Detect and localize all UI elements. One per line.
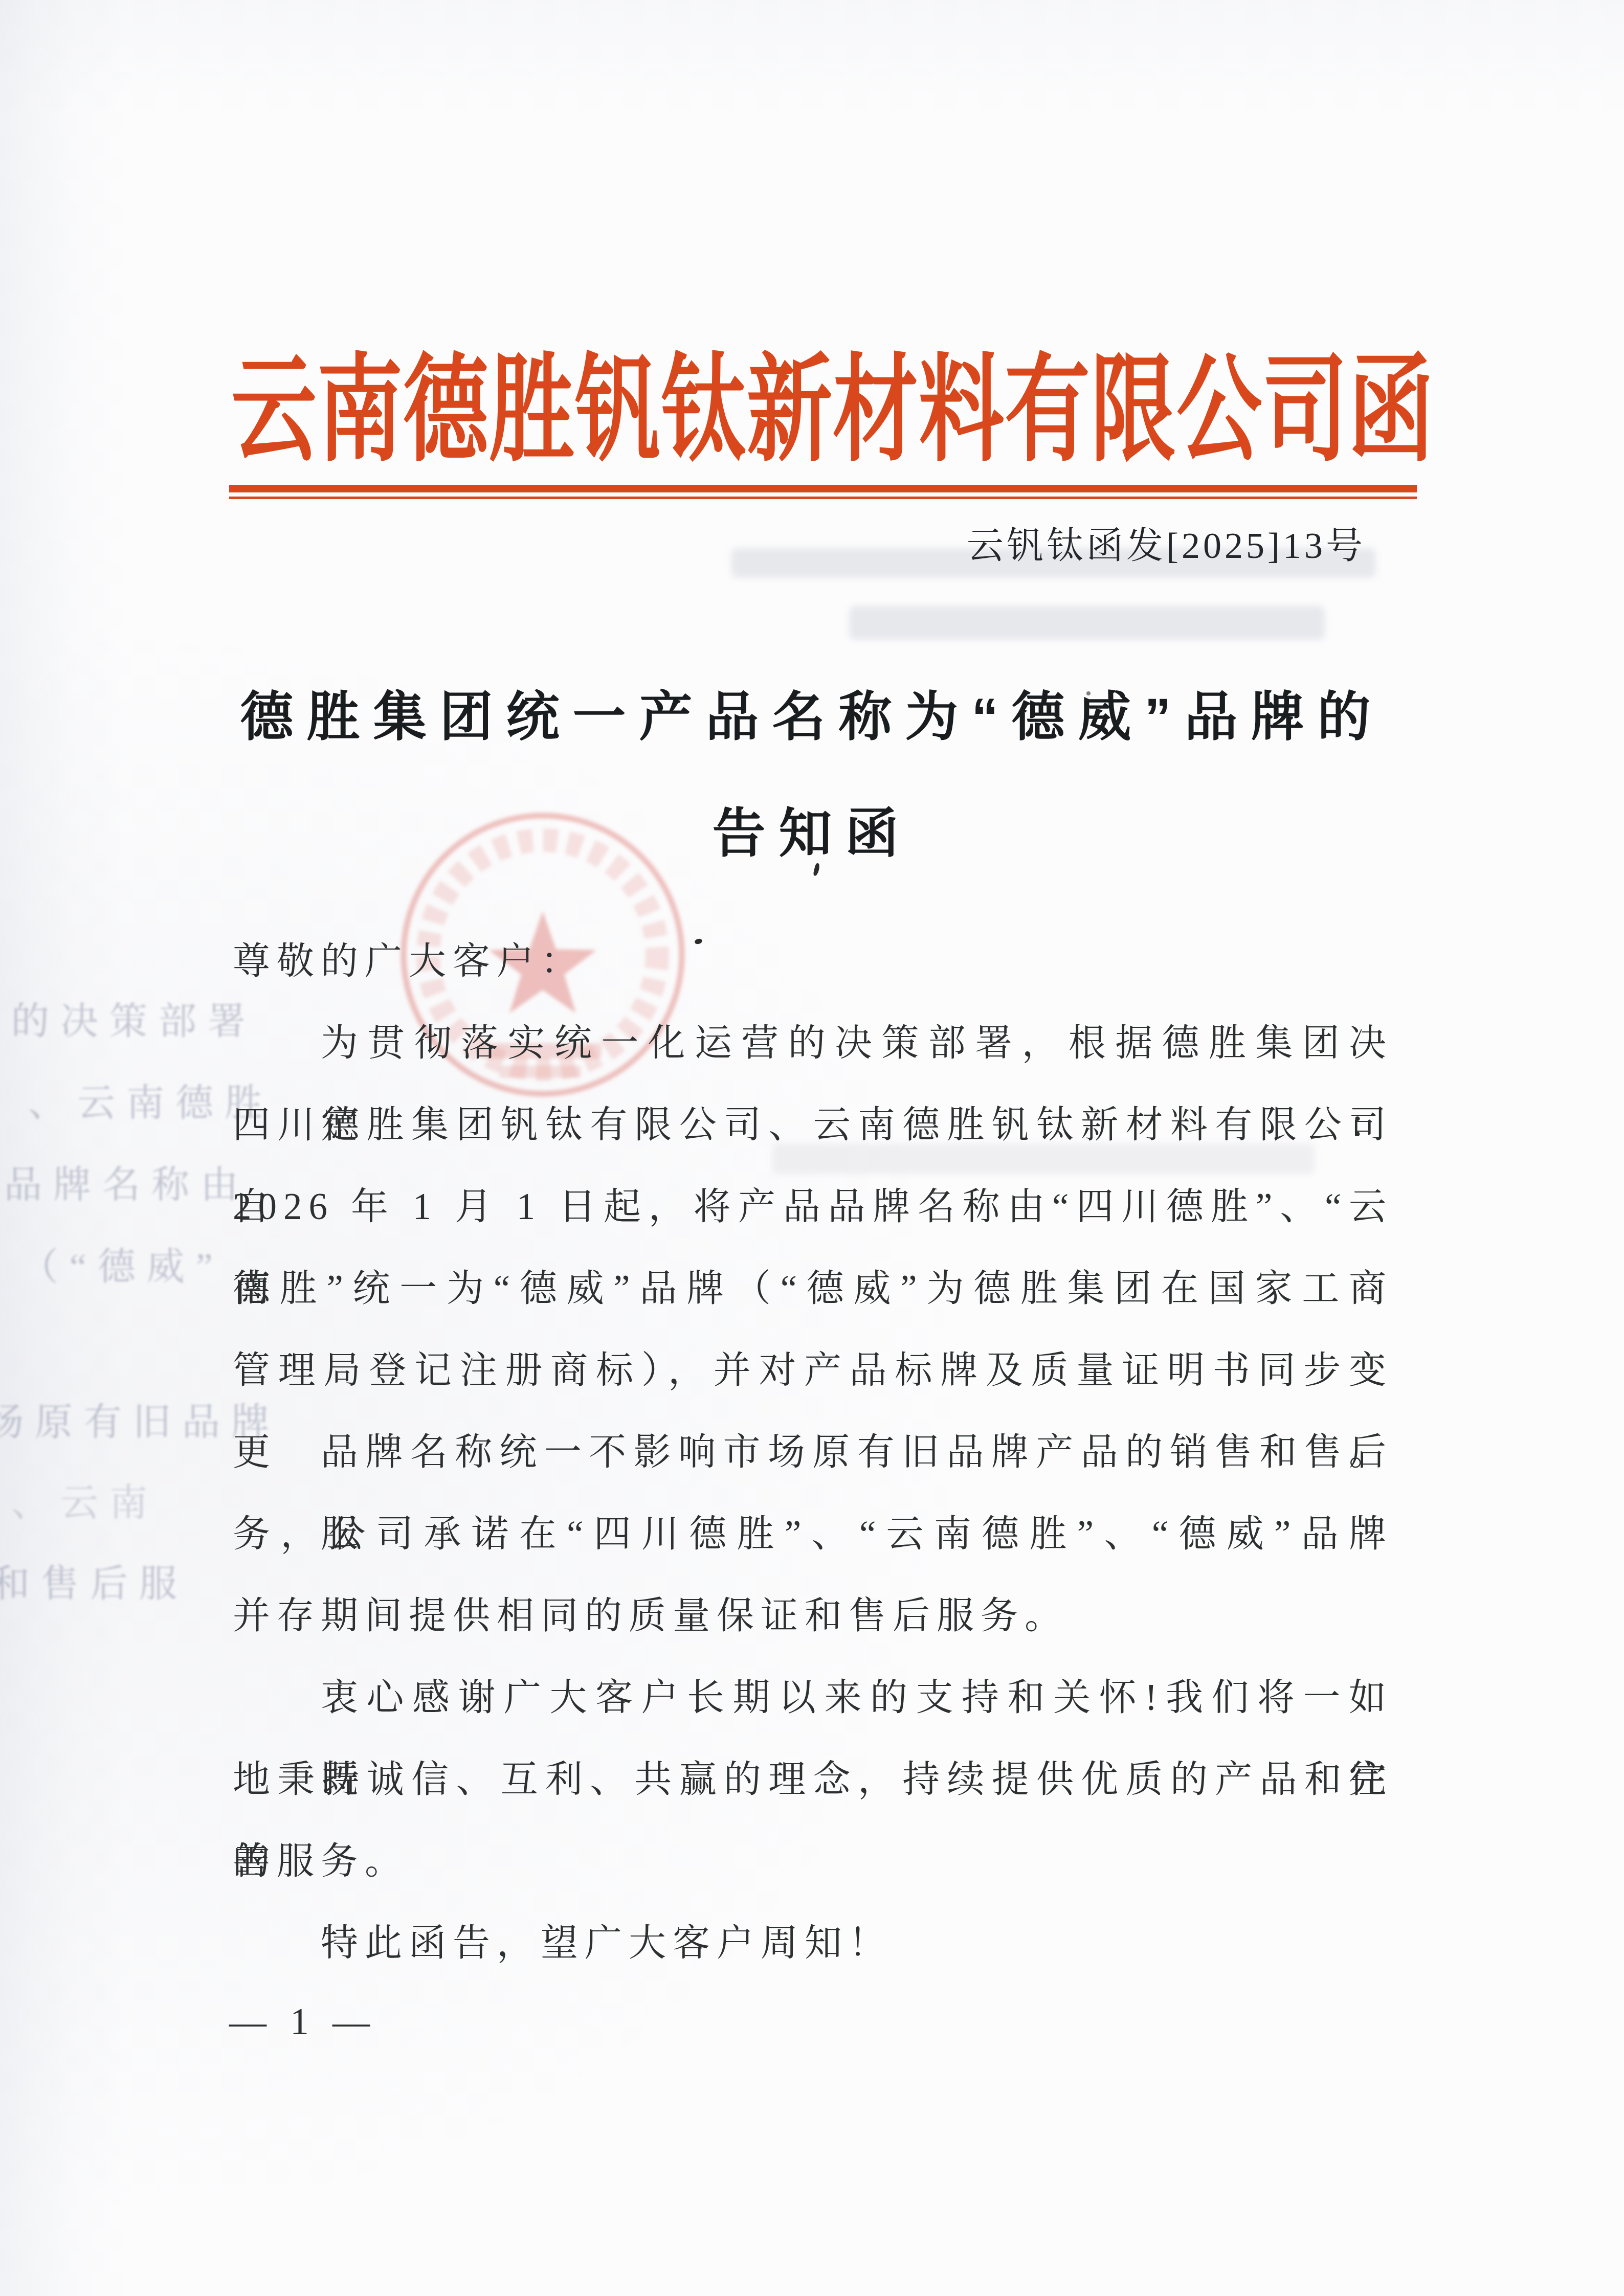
paragraph-line: 品牌名称统一不影响市场原有旧品牌产品的销售和售后服 — [233, 1411, 1393, 1493]
bleedthrough-smudge — [849, 606, 1325, 640]
bleedthrough-text: （“德威” — [20, 1236, 224, 1291]
paragraph-line: 务，公司承诺在“四川德胜”、“云南德胜”、“德威”品牌 — [233, 1493, 1393, 1575]
paragraph-line: 衷心感谢广大客户长期以来的支持和关怀!我们将一如既往 — [233, 1657, 1393, 1739]
bleedthrough-text: 、云南 — [11, 1473, 159, 1527]
scan-speck — [1086, 691, 1091, 695]
bleedthrough-text: 品牌名称由 — [4, 1155, 250, 1209]
bleedthrough-text: 和售后服 — [0, 1554, 188, 1608]
subject-heading-line1: 德胜集团统一产品名称为“德威”品牌的 — [0, 674, 1624, 751]
paragraph-line: 并存期间提供相同的质量保证和售后服务。 — [233, 1575, 1393, 1657]
letterhead-divider — [229, 485, 1417, 499]
letter-body: 尊敬的广大客户： 为贯彻落实统一化运营的决策部署，根据德胜集团决定： 四川德胜集… — [233, 920, 1393, 1984]
page-number: — 1 — — [229, 2000, 377, 2043]
paragraph-line: 的服务。 — [233, 1820, 1393, 1902]
paragraph-line: 四川德胜集团钒钛有限公司、云南德胜钒钛新材料有限公司自 — [233, 1084, 1393, 1166]
subject-heading-line2: 告知函 — [0, 791, 1624, 867]
paragraph-line: 为贯彻落实统一化运营的决策部署，根据德胜集团决定： — [233, 1002, 1393, 1084]
paragraph-line: 地秉持诚信、互利、共赢的理念，持续提供优质的产品和完善 — [233, 1739, 1393, 1820]
paragraph-line: 德胜”统一为“德威”品牌（“德威”为德胜集团在国家工商 — [233, 1248, 1393, 1330]
document-number: 云钒钛函发[2025]13号 — [967, 515, 1366, 569]
bleedthrough-text: 的决策部署 — [11, 991, 257, 1045]
paragraph-line: 特此函告，望广大客户周知！ — [233, 1902, 1393, 1984]
divider-thin-rule — [229, 497, 1417, 499]
letterhead-title: 云南德胜钒钛新材料有限公司函 — [231, 344, 1438, 479]
paragraph-line: 管理局登记注册商标），并对产品标牌及质量证明书同步变更。 — [233, 1330, 1393, 1411]
salutation: 尊敬的广大客户： — [233, 920, 1393, 1002]
subject-heading: 德胜集团统一产品名称为“德威”品牌的 告知函 — [0, 674, 1624, 867]
divider-thick-rule — [229, 485, 1417, 492]
paragraph-line: 2026 年 1 月 1 日起，将产品品牌名称由“四川德胜”、“云南 — [233, 1166, 1393, 1248]
scanned-letter-page: 的决策部署 、云南德胜 品牌名称由 （“德威” 场原有旧品牌 、云南 和售后服 … — [0, 0, 1624, 2296]
